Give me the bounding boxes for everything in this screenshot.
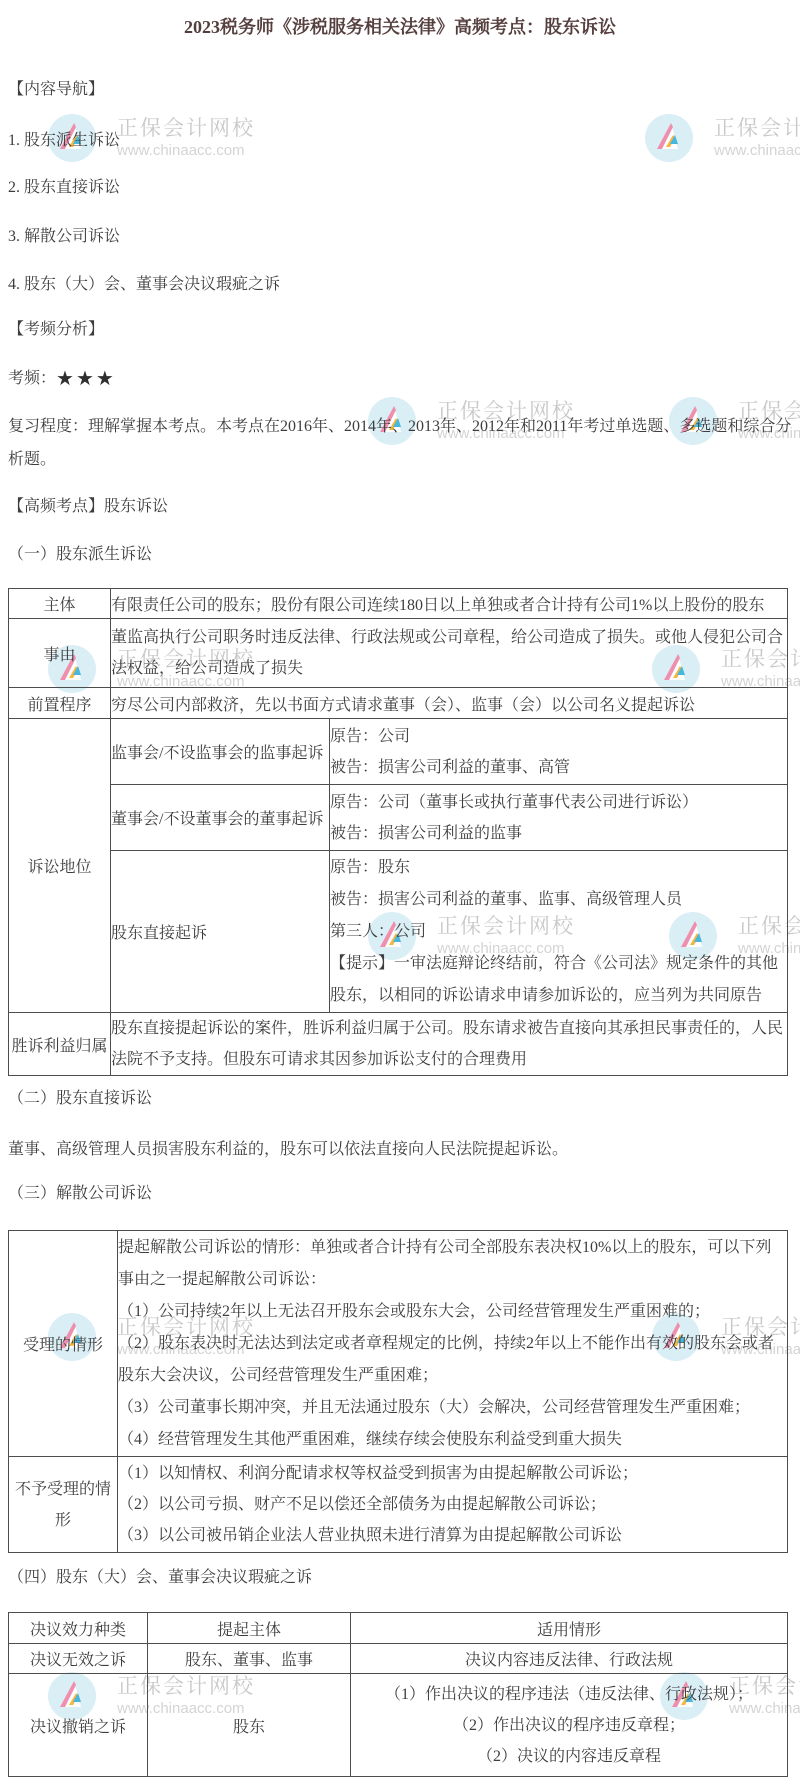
column-header-resolution-type: 决议效力种类 bbox=[9, 1613, 148, 1644]
cell-winning-benefit-label: 胜诉利益归属 bbox=[9, 1013, 111, 1076]
watermark: 正保会计网校 www.chinaacc.com bbox=[645, 114, 800, 162]
cell-line: 【提示】一审法庭辩论终结前，符合《公司法》规定条件的其他股东，以相同的诉讼请求申… bbox=[330, 948, 787, 1012]
cell-accepted-cases: 提起解散公司诉讼的情形：单独或者合计持有公司全部股东表决权10%以上的股东，可以… bbox=[118, 1231, 788, 1457]
column-header-applicable-cases: 适用情形 bbox=[351, 1613, 788, 1644]
cell-line: （3）以公司被吊销企业法人营业执照未进行清算为由提起解散公司诉讼 bbox=[118, 1520, 787, 1551]
cell-line: 提起解散公司诉讼的情形：单独或者合计持有公司全部股东表决权10%以上的股东，可以… bbox=[118, 1232, 787, 1296]
dissolution-suit-table: 受理的情形 提起解散公司诉讼的情形：单独或者合计持有公司全部股东表决权10%以上… bbox=[8, 1230, 788, 1553]
cell-rejected-cases-label: 不予受理的情形 bbox=[9, 1457, 118, 1553]
cell-line: 被告：损害公司利益的董事、监事、高级管理人员 bbox=[330, 884, 787, 916]
cell-precondition: 穷尽公司内部救济，先以书面方式请求董事（会）、监事（会）以公司名义提起诉讼 bbox=[111, 688, 788, 719]
cell-line: （1）公司持续2年以上无法召开股东会或股东大会，公司经营管理发生严重困难的； bbox=[118, 1296, 787, 1328]
cell-line: （2）决议的内容违反章程 bbox=[351, 1741, 787, 1772]
cell-precondition-label: 前置程序 bbox=[9, 688, 111, 719]
document-page: { "title": "2023税务师《涉税服务相关法律》高频考点：股东诉讼",… bbox=[0, 0, 800, 1783]
cell-invalid-initiator: 股东、董事、监事 bbox=[148, 1644, 351, 1674]
table-row: 决议无效之诉 股东、董事、监事 决议内容违反法律、行政法规 bbox=[9, 1644, 788, 1674]
cell-line: 原告：股东 bbox=[330, 852, 787, 884]
cell-board-of-directors-detail: 原告：公司（董事长或执行董事代表公司进行诉讼） 被告：损害公司利益的监事 bbox=[330, 785, 788, 851]
nav-item-direct-suit: 2. 股东直接诉讼 bbox=[8, 178, 120, 198]
cell-line: 被告：损害公司利益的董事、高管 bbox=[330, 752, 787, 783]
cell-cause-label: 事由 bbox=[9, 619, 111, 688]
cell-revocation-suit: 决议撤销之诉 bbox=[9, 1674, 148, 1777]
hot-topic-header: 【高频考点】股东诉讼 bbox=[8, 497, 168, 517]
cell-rejected-cases: （1）以知情权、利润分配请求权等权益受到损害为由提起解散公司诉讼； （2）以公司… bbox=[118, 1457, 788, 1553]
watermark-url-text: www.chinaacc.com bbox=[714, 141, 800, 161]
cell-line: 原告：公司（董事长或执行董事代表公司进行诉讼） bbox=[330, 787, 787, 818]
nav-item-dissolution-suit: 3. 解散公司诉讼 bbox=[8, 227, 120, 247]
watermark-texts: 正保会计网校 www.chinaacc.com bbox=[714, 116, 800, 161]
table-row: 事由 董监高执行公司职务时违反法律、行政法规或公司章程，给公司造成了损失。或他人… bbox=[9, 619, 788, 688]
frequency-line: 考频：★★★ bbox=[8, 367, 116, 391]
section3-heading: （三）解散公司诉讼 bbox=[8, 1184, 152, 1204]
resolution-defect-table: 决议效力种类 提起主体 适用情形 决议无效之诉 股东、董事、监事 决议内容违反法… bbox=[8, 1612, 788, 1777]
nav-item-derivative-suit: 1. 股东派生诉讼 bbox=[8, 131, 120, 151]
star-rating-icon: ★★★ bbox=[56, 368, 116, 390]
table-row: 胜诉利益归属 股东直接提起诉讼的案件，胜诉利益归属于公司。股东请求被告直接向其承… bbox=[9, 1013, 788, 1076]
cell-line: （4）经营管理发生其他严重困难，继续存续会使股东利益受到重大损失 bbox=[118, 1424, 787, 1456]
frequency-label: 考频： bbox=[8, 370, 56, 387]
table-header-row: 决议效力种类 提起主体 适用情形 bbox=[9, 1613, 788, 1644]
section2-heading: （二）股东直接诉讼 bbox=[8, 1089, 152, 1109]
cell-supervisory-board-label: 监事会/不设监事会的监事起诉 bbox=[111, 719, 330, 785]
nav-header: 【内容导航】 bbox=[8, 80, 104, 100]
watermark-brand-text: 正保会计网校 bbox=[714, 116, 800, 141]
cell-line: 原告：公司 bbox=[330, 721, 787, 752]
chinaacc-logo-icon bbox=[645, 114, 693, 162]
cell-line: （2）股东表决时无法达到法定或者章程规定的比例，持续2年以上不能作出有效的股东会… bbox=[118, 1328, 787, 1392]
watermark-texts: 正保会计网校 www.chinaacc.com bbox=[117, 116, 255, 161]
watermark-brand-text: 正保会计网校 bbox=[117, 116, 255, 141]
cell-supervisory-board-detail: 原告：公司 被告：损害公司利益的董事、高管 bbox=[330, 719, 788, 785]
cell-line: （1）以知情权、利润分配请求权等权益受到损害为由提起解散公司诉讼； bbox=[118, 1458, 787, 1489]
review-paragraph: 复习程度：理解掌握本考点。本考点在2016年、2014年、2013年、2012年… bbox=[8, 410, 792, 476]
cell-line: （3）公司董事长期冲突，并且无法通过股东（大）会解决，公司经营管理发生严重困难； bbox=[118, 1392, 787, 1424]
table-row: 董事会/不设董事会的董事起诉 原告：公司（董事长或执行董事代表公司进行诉讼） 被… bbox=[9, 785, 788, 851]
cell-shareholder-direct-detail: 原告：股东 被告：损害公司利益的董事、监事、高级管理人员 第三人：公司 【提示】… bbox=[330, 851, 788, 1013]
watermark-url-text: www.chinaacc.com bbox=[117, 141, 255, 161]
column-header-initiator: 提起主体 bbox=[148, 1613, 351, 1644]
cell-litigation-status-label: 诉讼地位 bbox=[9, 719, 111, 1013]
cell-line: 被告：损害公司利益的监事 bbox=[330, 818, 787, 849]
table-row: 主体 有限责任公司的股东；股份有限公司连续180日以上单独或者合计持有公司1%以… bbox=[9, 589, 788, 619]
table-row: 股东直接起诉 原告：股东 被告：损害公司利益的董事、监事、高级管理人员 第三人：… bbox=[9, 851, 788, 1013]
page-title: 2023税务师《涉税服务相关法律》高频考点：股东诉讼 bbox=[0, 16, 800, 38]
cell-line: （2）作出决议的程序违反章程； bbox=[351, 1710, 787, 1741]
table-row: 受理的情形 提起解散公司诉讼的情形：单独或者合计持有公司全部股东表决权10%以上… bbox=[9, 1231, 788, 1457]
cell-invalid-resolution-suit: 决议无效之诉 bbox=[9, 1644, 148, 1674]
cell-revocation-cases: （1）作出决议的程序违法（违反法律、行政法规）； （2）作出决议的程序违反章程；… bbox=[351, 1674, 788, 1777]
cell-board-of-directors-label: 董事会/不设董事会的董事起诉 bbox=[111, 785, 330, 851]
section2-body: 董事、高级管理人员损害股东利益的，股东可以依法直接向人民法院提起诉讼。 bbox=[8, 1140, 568, 1160]
table-row: 诉讼地位 监事会/不设监事会的监事起诉 原告：公司 被告：损害公司利益的董事、高… bbox=[9, 719, 788, 785]
section4-heading: （四）股东（大）会、董事会决议瑕疵之诉 bbox=[8, 1568, 312, 1588]
cell-cause: 董监高执行公司职务时违反法律、行政法规或公司章程，给公司造成了损失。或他人侵犯公… bbox=[111, 619, 788, 688]
cell-invalid-cases: 决议内容违反法律、行政法规 bbox=[351, 1644, 788, 1674]
cell-subject: 有限责任公司的股东；股份有限公司连续180日以上单独或者合计持有公司1%以上股份… bbox=[111, 589, 788, 619]
section1-heading: （一）股东派生诉讼 bbox=[8, 545, 152, 565]
cell-subject-label: 主体 bbox=[9, 589, 111, 619]
cell-winning-benefit: 股东直接提起诉讼的案件，胜诉利益归属于公司。股东请求被告直接向其承担民事责任的，… bbox=[111, 1013, 788, 1076]
cell-shareholder-direct-label: 股东直接起诉 bbox=[111, 851, 330, 1013]
cell-line: 第三人：公司 bbox=[330, 916, 787, 948]
table-row: 决议撤销之诉 股东 （1）作出决议的程序违法（违反法律、行政法规）； （2）作出… bbox=[9, 1674, 788, 1777]
cell-accepted-cases-label: 受理的情形 bbox=[9, 1231, 118, 1457]
cell-line: （1）作出决议的程序违法（违反法律、行政法规）； bbox=[351, 1679, 787, 1710]
cell-line: （2）以公司亏损、财产不足以偿还全部债务为由提起解散公司诉讼； bbox=[118, 1489, 787, 1520]
table-row: 不予受理的情形 （1）以知情权、利润分配请求权等权益受到损害为由提起解散公司诉讼… bbox=[9, 1457, 788, 1553]
table-row: 前置程序 穷尽公司内部救济，先以书面方式请求董事（会）、监事（会）以公司名义提起… bbox=[9, 688, 788, 719]
derivative-suit-table: 主体 有限责任公司的股东；股份有限公司连续180日以上单独或者合计持有公司1%以… bbox=[8, 588, 788, 1076]
frequency-analysis-header: 【考频分析】 bbox=[8, 320, 104, 340]
nav-item-resolution-defect-suit: 4. 股东（大）会、董事会决议瑕疵之诉 bbox=[8, 275, 280, 295]
cell-revocation-initiator: 股东 bbox=[148, 1674, 351, 1777]
